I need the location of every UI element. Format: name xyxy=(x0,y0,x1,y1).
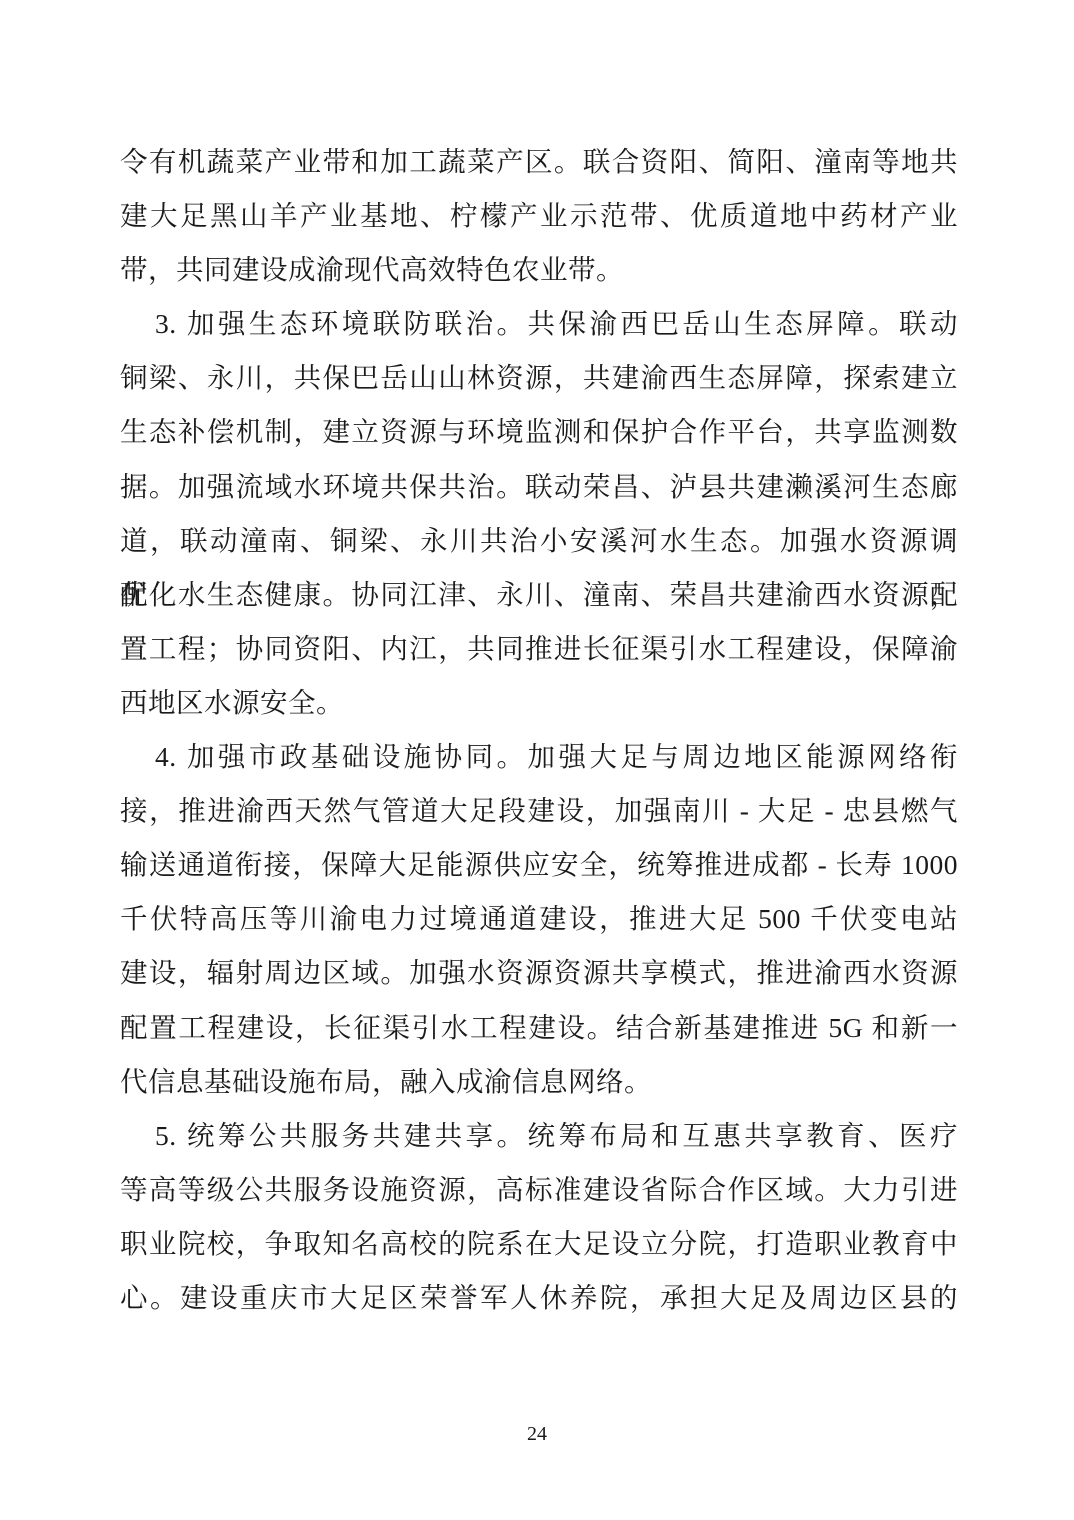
text-line: 配置工程建设，长征渠引水工程建设。结合新基建推进 5G 和新一 xyxy=(120,1001,958,1055)
text-line: 千伏特高压等川渝电力过境通道建设，推进大足 500 千伏变电站 xyxy=(120,892,958,946)
text-line: 4. 加强市政基础设施协同。加强大足与周边地区能源网络衔 xyxy=(120,730,958,784)
text-line: 道，联动潼南、铜梁、永川共治小安溪河水生态。加强水资源调配， xyxy=(120,514,958,568)
paragraph-item-4: 4. 加强市政基础设施协同。加强大足与周边地区能源网络衔 接，推进渝西天然气管道… xyxy=(120,730,958,1109)
text-line: 接，推进渝西天然气管道大足段建设，加强南川 - 大足 - 忠县燃气 xyxy=(120,784,958,838)
text-line: 铜梁、永川，共保巴岳山山林资源，共建渝西生态屏障，探索建立 xyxy=(120,351,958,405)
text-line: 置工程；协同资阳、内江，共同推进长征渠引水工程建设，保障渝 xyxy=(120,622,958,676)
paragraph-continuation: 令有机蔬菜产业带和加工蔬菜产区。联合资阳、简阳、潼南等地共 建大足黑山羊产业基地… xyxy=(120,135,958,297)
text-line: 3. 加强生态环境联防联治。共保渝西巴岳山生态屏障。联动 xyxy=(120,297,958,351)
text-line: 优化水生态健康。协同江津、永川、潼南、荣昌共建渝西水资源配 xyxy=(120,568,958,622)
text-line: 西地区水源安全。 xyxy=(120,676,958,730)
text-line: 等高等级公共服务设施资源，高标准建设省际合作区域。大力引进 xyxy=(120,1163,958,1217)
text-line: 代信息基础设施布局，融入成渝信息网络。 xyxy=(120,1055,958,1109)
text-body: 令有机蔬菜产业带和加工蔬菜产区。联合资阳、简阳、潼南等地共 建大足黑山羊产业基地… xyxy=(120,135,958,1325)
text-line: 带，共同建设成渝现代高效特色农业带。 xyxy=(120,243,958,297)
text-line: 心。建设重庆市大足区荣誉军人休养院，承担大足及周边区县的 xyxy=(120,1271,958,1325)
text-line: 据。加强流域水环境共保共治。联动荣昌、泸县共建濑溪河生态廊 xyxy=(120,460,958,514)
text-line: 输送通道衔接，保障大足能源供应安全，统筹推进成都 - 长寿 1000 xyxy=(120,838,958,892)
document-page: 令有机蔬菜产业带和加工蔬菜产区。联合资阳、简阳、潼南等地共 建大足黑山羊产业基地… xyxy=(0,0,1074,1520)
text-line: 职业院校，争取知名高校的院系在大足设立分院，打造职业教育中 xyxy=(120,1217,958,1271)
paragraph-item-3: 3. 加强生态环境联防联治。共保渝西巴岳山生态屏障。联动 铜梁、永川，共保巴岳山… xyxy=(120,297,958,730)
text-line: 生态补偿机制，建立资源与环境监测和保护合作平台，共享监测数 xyxy=(120,405,958,459)
text-line: 令有机蔬菜产业带和加工蔬菜产区。联合资阳、简阳、潼南等地共 xyxy=(120,135,958,189)
paragraph-item-5: 5. 统筹公共服务共建共享。统筹布局和互惠共享教育、医疗 等高等级公共服务设施资… xyxy=(120,1109,958,1325)
text-line: 建设，辐射周边区域。加强水资源资源共享模式，推进渝西水资源 xyxy=(120,946,958,1000)
page-number: 24 xyxy=(0,1421,1074,1447)
text-line: 建大足黑山羊产业基地、柠檬产业示范带、优质道地中药材产业 xyxy=(120,189,958,243)
text-line: 5. 统筹公共服务共建共享。统筹布局和互惠共享教育、医疗 xyxy=(120,1109,958,1163)
